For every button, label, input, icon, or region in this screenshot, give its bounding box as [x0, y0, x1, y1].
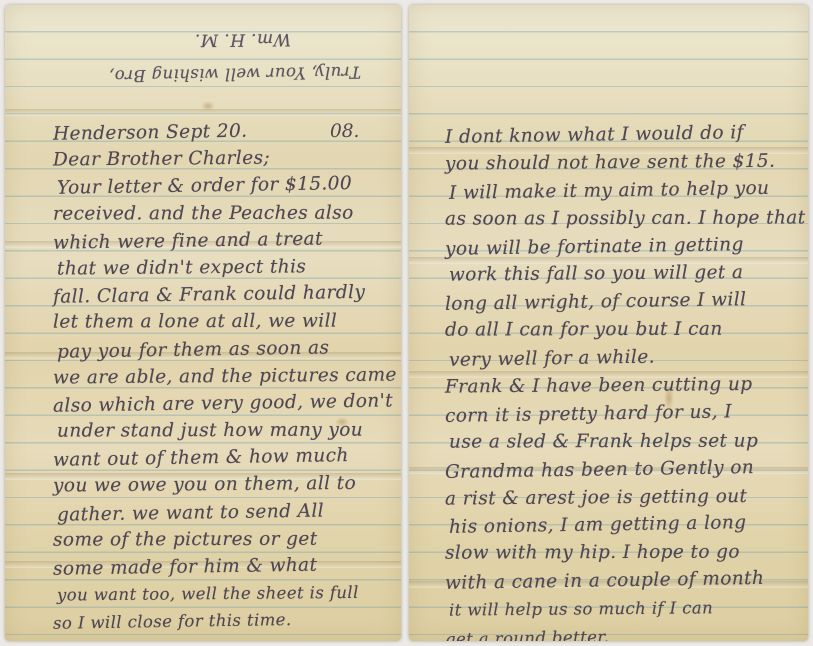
handwritten-line: do all I can for you but I can: [445, 316, 808, 345]
handwritten-line: I will make it my aim to help you: [449, 174, 808, 208]
handwritten-line: let them a lone at all, we will: [53, 308, 401, 336]
upside-down-closing-block: Truly, Your well wishing Bro, Wm. H. M.: [61, 23, 361, 91]
handwritten-line: under stand just how many you: [57, 416, 401, 444]
handwritten-line: so I will close for this time.: [53, 605, 401, 638]
handwritten-line: long all wright, of course I will: [445, 285, 808, 319]
handwritten-line: we are able, and the pictures came: [53, 361, 401, 391]
handwritten-line: also which are very good, we don't: [53, 387, 401, 420]
handwritten-line: received. and the Peaches also: [53, 199, 401, 227]
handwritten-line: Your letter & order for $15.00: [57, 170, 401, 203]
handwritten-line: corn it is pretty hard for us, I: [445, 397, 808, 431]
fold-crease: [5, 109, 401, 116]
letter-page-left: Truly, Your well wishing Bro, Wm. H. M. …: [5, 5, 401, 641]
handwritten-line: some of the pictures or get: [53, 525, 401, 553]
handwritten-line: Grandma has been to Gently on: [445, 453, 808, 487]
handwritten-signature: Wm. H. M.: [61, 22, 291, 58]
handwriting-right: I dont know what I would do if you shoul…: [445, 121, 808, 641]
handwriting-left: Henderson Sept 20. Dear Brother Charles;…: [53, 118, 401, 635]
handwritten-line-closing: Truly, Your well wishing Bro,: [61, 55, 361, 94]
handwritten-line: Frank & I have been cutting up: [445, 370, 808, 401]
handwritten-line: his onions, I am getting a long: [449, 509, 808, 543]
handwritten-line: which were fine and a treat: [53, 224, 401, 257]
paper-stain: [201, 101, 215, 111]
handwritten-line: very well for a while.: [449, 341, 808, 375]
handwritten-line: gather. we want to send All: [57, 496, 401, 529]
handwritten-line: you should not have sent the $15.: [445, 147, 808, 178]
handwritten-line: fall. Clara & Frank could hardly: [53, 278, 401, 311]
handwritten-line: I dont know what I would do if: [445, 118, 808, 152]
letter-page-right: I dont know what I would do if you shoul…: [409, 5, 808, 641]
letter-scan: Truly, Your well wishing Bro, Wm. H. M. …: [0, 0, 813, 646]
handwritten-line: slow with my hip. I hope to go: [445, 539, 808, 568]
handwritten-line: as soon as I possibly can. I hope that: [445, 204, 808, 233]
handwritten-line: use a sled & Frank helps set up: [449, 427, 808, 456]
handwritten-line: it will help us so much if I can: [449, 594, 808, 625]
handwritten-line: you we owe you on them, all to: [53, 470, 401, 500]
handwritten-line: pay you for them as soon as: [57, 333, 401, 366]
